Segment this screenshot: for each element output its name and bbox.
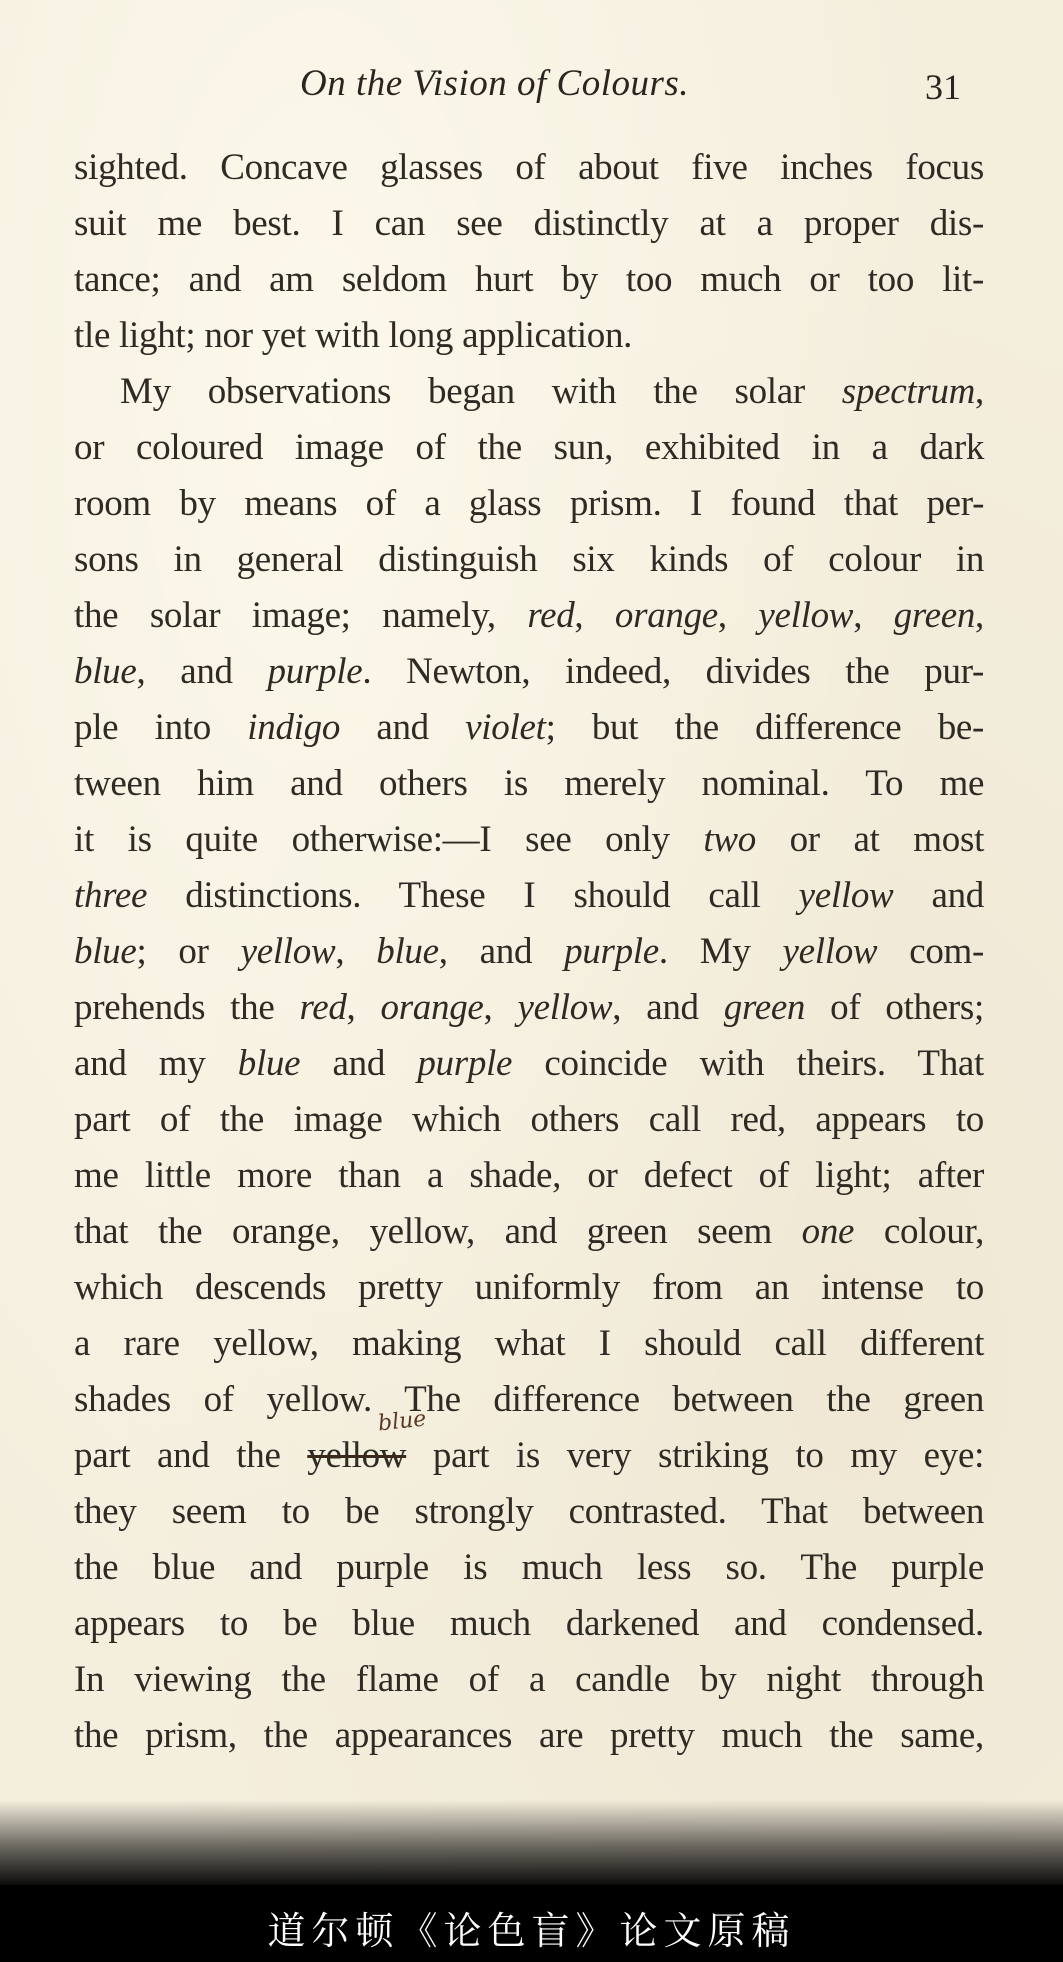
page-number: 31 [925,66,961,108]
text-line: the blue and purple is much less so. The… [74,1540,984,1596]
text-line: sons in general distinguish six kinds of… [74,532,984,588]
text-line: it is quite otherwise:—I see only two or… [74,812,984,868]
text-line: tance; and am seldom hurt by too much or… [74,252,984,308]
struck-word: yellow [307,1435,406,1476]
text-line: that the orange, yellow, and green seem … [74,1204,984,1260]
text-line: tween him and others is merely nominal. … [74,756,984,812]
running-head: On the Vision of Colours. 31 [0,62,1063,112]
body-text: sighted. Concave glasses of about five i… [74,140,984,1764]
bottom-fade [0,1800,1063,1890]
text-line: the solar image; namely, red, orange, ye… [74,588,984,644]
caption-text: 道尔顿《论色盲》论文原稿 [0,1900,1063,1955]
text-line: suit me best. I can see distinctly at a … [74,196,984,252]
text-line: part of the image which others call red,… [74,1092,984,1148]
text-line-with-correction: part and the yellow part is very strikin… [74,1428,984,1484]
handwritten-annotation: blue [377,1407,428,1437]
text-line: ple into indigo and violet; but the diff… [74,700,984,756]
text-line: or coloured image of the sun, exhibited … [74,420,984,476]
text-line: which descends pretty uniformly from an … [74,1260,984,1316]
text-line: prehends the red, orange, yellow, and gr… [74,980,984,1036]
text-line: blue, and purple. Newton, indeed, divide… [74,644,984,700]
text-line: sighted. Concave glasses of about five i… [74,140,984,196]
text-line: appears to be blue much darkened and con… [74,1596,984,1652]
text-line: blue; or yellow, blue, and purple. My ye… [74,924,984,980]
text-line: three distinctions. These I should call … [74,868,984,924]
text-line: they seem to be strongly contrasted. Tha… [74,1484,984,1540]
text-line: the prism, the appearances are pretty mu… [74,1708,984,1764]
running-title: On the Vision of Colours. [300,62,689,105]
book-page: On the Vision of Colours. 31 sighted. Co… [0,0,1063,1962]
text-line: me little more than a shade, or defect o… [74,1148,984,1204]
text-line: and my blue and purple coincide with the… [74,1036,984,1092]
text-line: tle light; nor yet with long application… [74,308,984,364]
text-line: room by means of a glass prism. I found … [74,476,984,532]
text-line: a rare yellow, making what I should call… [74,1316,984,1372]
text-line: shades of yellow. The difference between… [74,1372,984,1428]
text-line: In viewing the flame of a candle by nigh… [74,1652,984,1708]
text-line: My observations began with the solar spe… [74,364,984,420]
